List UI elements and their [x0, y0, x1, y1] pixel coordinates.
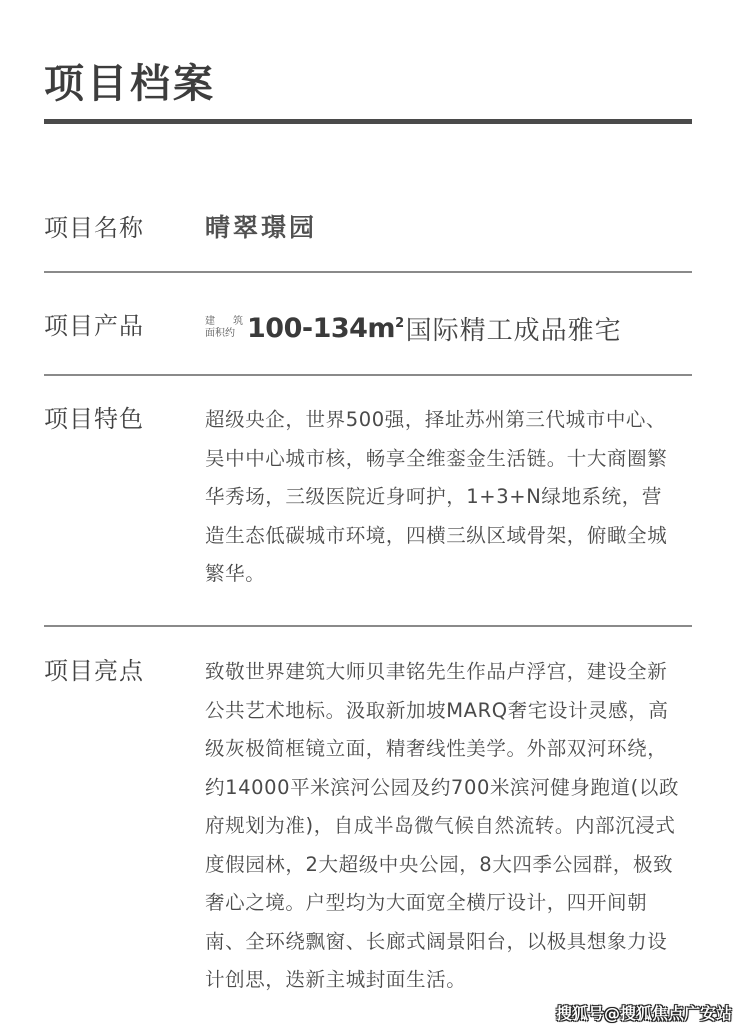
row-label-highlights: 项目亮点 [44, 655, 144, 687]
divider [44, 374, 692, 376]
features-line: 超级央企，世界500强，择址苏州第三代城市中心、 [205, 401, 700, 440]
divider [44, 271, 692, 273]
product-value: 建 筑 面积约 100-134m2 国际精工成品雅宅 [205, 310, 622, 346]
row-label-features: 项目特色 [44, 403, 144, 435]
features-line: 造生态低碳城市环境，四横三纵区域骨架，俯瞰全城 [205, 517, 700, 556]
product-size-range: 100-134m [247, 313, 395, 344]
features-paragraph: 超级央企，世界500强，择址苏州第三代城市中心、 吴中中心城市核，畅享全维銮金生… [205, 401, 700, 594]
highlights-line: 奢心之境。户型均为大面宽全横厅设计，四开间朝 [205, 884, 700, 923]
highlights-line: 公共艺术地标。汲取新加坡MARQ奢宅设计灵感，高 [205, 692, 700, 731]
area-label-top: 建 筑 [205, 316, 243, 328]
features-line: 吴中中心城市核，畅享全维銮金生活链。十大商圈繁 [205, 440, 700, 479]
highlights-line: 计创思，迭新主城封面生活。 [205, 961, 700, 1000]
title-rule [44, 119, 692, 124]
page-title: 项目档案 [44, 58, 216, 110]
area-label-top-right: 筑 [233, 316, 243, 328]
product-description: 国际精工成品雅宅 [406, 310, 622, 347]
features-line: 华秀场，三级医院近身呵护，1+3+N绿地系统，营 [205, 478, 700, 517]
highlights-line: 府规划为准)，自成半岛微气候自然流转。内部沉浸式 [205, 807, 700, 846]
features-line: 繁华。 [205, 555, 700, 594]
highlights-line: 致敬世界建筑大师贝聿铭先生作品卢浮宫，建设全新 [205, 653, 700, 692]
area-label: 建 筑 面积约 [205, 316, 243, 340]
row-label-product: 项目产品 [44, 310, 144, 342]
highlights-line: 度假园林，2大超级中央公园，8大四季公园群，极致 [205, 846, 700, 885]
project-name-value: 晴翠璟园 [205, 212, 317, 244]
product-size: 100-134m2 [247, 313, 404, 344]
highlights-line: 级灰极简框镜立面，精奢线性美学。外部双河环绕， [205, 730, 700, 769]
area-label-bottom: 面积约 [205, 328, 243, 340]
watermark: 搜狐号@搜狐焦点广安站 [556, 1001, 732, 1024]
highlights-line: 南、全环绕飘窗、长廊式阔景阳台，以极具想象力设 [205, 923, 700, 962]
area-label-top-left: 建 [205, 316, 215, 328]
divider [44, 625, 692, 627]
highlights-line: 约14000平米滨河公园及约700米滨河健身跑道(以政 [205, 769, 700, 808]
row-label-name: 项目名称 [44, 212, 144, 244]
size-unit-superscript: 2 [395, 316, 404, 331]
highlights-paragraph: 致敬世界建筑大师贝聿铭先生作品卢浮宫，建设全新 公共艺术地标。汲取新加坡MARQ… [205, 653, 700, 1000]
